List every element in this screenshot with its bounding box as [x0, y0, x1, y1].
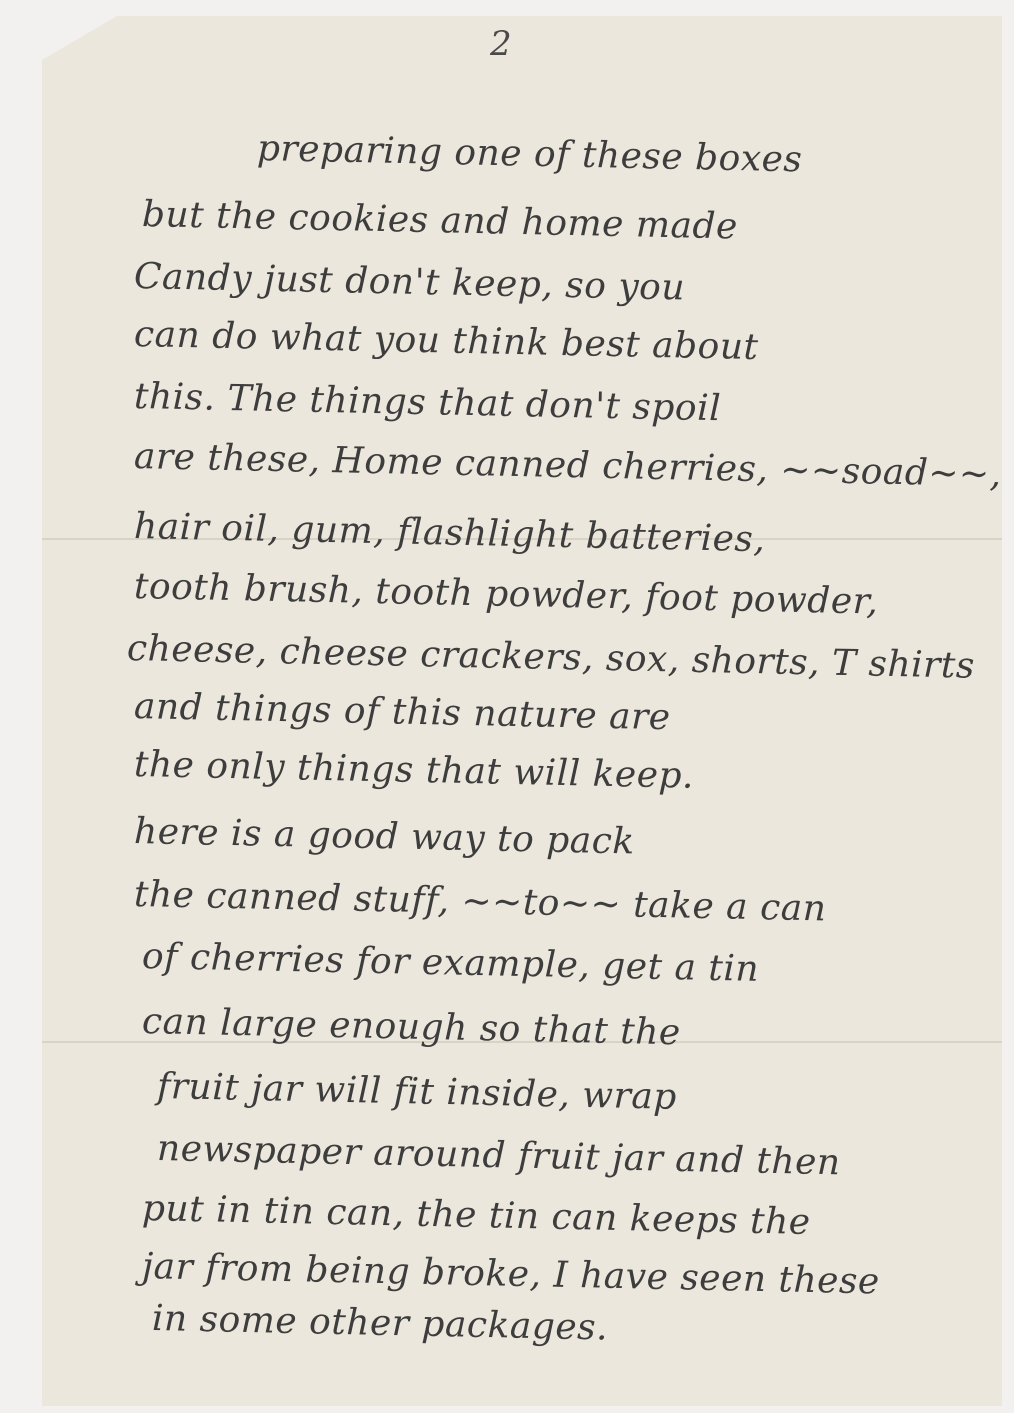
text-line: put in tin can, the tin can keeps the: [142, 1188, 811, 1243]
text-line: hair oil, gum, flashlight batteries,: [134, 506, 766, 560]
text-line: fruit jar will fit inside, wrap: [157, 1066, 678, 1118]
text-line: of cherries for example, get a tin: [142, 936, 760, 990]
text-line: this. The things that don't spoil: [134, 376, 722, 429]
text-line: can do what you think best about: [134, 314, 759, 368]
text-line: Candy just don't keep, so you: [134, 256, 686, 309]
text-line: but the cookies and home made: [142, 194, 739, 247]
text-line: and things of this nature are: [134, 686, 671, 738]
text-line: cheese, cheese crackers, sox, shorts, T …: [127, 628, 976, 687]
text-line: preparing one of these boxes: [257, 128, 803, 180]
text-line: in some other packages.: [152, 1298, 609, 1349]
handwritten-text: preparing one of these boxes but the coo…: [42, 16, 1002, 1406]
text-line: the canned stuff, ~~to~~ take a can: [134, 874, 827, 929]
text-line: tooth brush, tooth powder, foot powder,: [134, 566, 879, 623]
text-line: jar from being broke, I have seen these: [142, 1246, 881, 1302]
letter-page: 2 preparing one of these boxes but the c…: [42, 16, 1002, 1406]
text-line: the only things that will keep.: [134, 744, 695, 797]
text-line: here is a good way to pack: [134, 811, 636, 862]
text-line: are these, Home canned cherries, ~~soad~…: [134, 436, 1014, 497]
text-line: newspaper around fruit jar and then: [157, 1128, 841, 1183]
text-line: can large enough so that the: [142, 1001, 682, 1053]
